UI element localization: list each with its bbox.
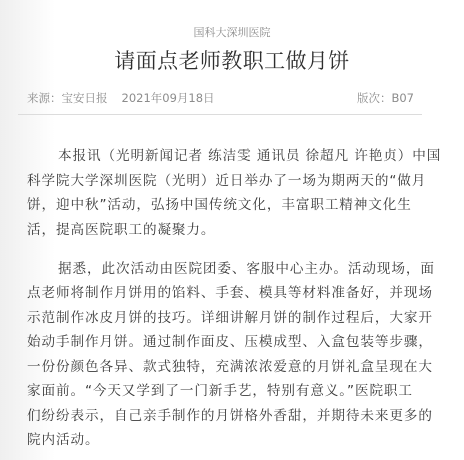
article-meta: 来源：宝安日报2021年09月18日 版次：B07 [27,90,414,106]
meta-edition: 版次：B07 [357,90,414,106]
paragraph-line: 家面前。“今天又学到了一门新手艺，特别有意义。”医院职工 [27,379,417,404]
paragraph-line: 饼，迎中秋”活动，弘扬中国传统文化，丰富职工精神文化生 [27,193,417,218]
paragraph: 据悉，此次活动由医院团委、客服中心主办。活动现场，面 点老师将制作月饼用的馅料、… [27,257,417,453]
paragraph-line: 科学院大学深圳医院（光明）近日举办了一场为期两天的“做月 [27,169,417,194]
paragraph-line: 们纷纷表示，自己亲手制作的月饼格外香甜，并期待未来更多的 [27,404,417,429]
paragraph-line: 本报讯（光明新闻记者 练洁雯 通讯员 徐超凡 许艳贞）中国 [27,144,417,169]
paragraph-line: 示范制作冰皮月饼的技巧。详细讲解月饼的制作过程后，大家开 [27,306,417,331]
meta-source: 来源：宝安日报 [27,91,108,105]
paragraph-line: 据悉，此次活动由医院团委、客服中心主办。活动现场，面 [27,257,417,282]
article-title: 请面点老师教职工做月饼 [0,45,464,75]
paragraph-line: 一份份颜色各异、款式独特，充满浓浓爱意的月饼礼盒呈现在大 [27,355,417,380]
paragraph-line: 点老师将制作月饼用的馅料、手套、模具等材料准备好，并现场 [27,281,417,306]
paragraph-line: 院内活动。 [27,428,417,453]
meta-separator [18,114,422,115]
article-body: 本报讯（光明新闻记者 练洁雯 通讯员 徐超凡 许艳贞）中国 科学院大学深圳医院（… [27,144,417,460]
meta-left: 来源：宝安日报2021年09月18日 [27,90,215,106]
paragraph: 本报讯（光明新闻记者 练洁雯 通讯员 徐超凡 许艳贞）中国 科学院大学深圳医院（… [27,144,417,242]
article-kicker: 国科大深圳医院 [0,24,464,40]
meta-date: 2021年09月18日 [122,91,215,105]
paragraph-line: 始动手制作月饼。通过制作面皮、压模成型、入盒包装等步骤， [27,330,417,355]
paragraph-line: 活，提高医院职工的凝聚力。 [27,218,417,243]
